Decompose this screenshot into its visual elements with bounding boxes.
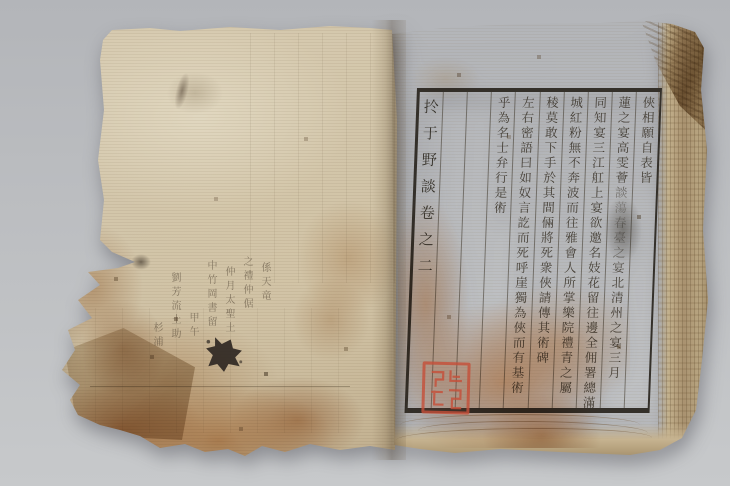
foxing-specks [388,16,390,18]
photo-of-old-book: 係天竜 之禮仲倨 仲月太聖土 中竹岡書留 甲午 劉芳流土助 杉浦 [0,0,730,486]
open-book: 係天竜 之禮仲倨 仲月太聖土 中竹岡書留 甲午 劉芳流土助 杉浦 [0,0,730,486]
foxing-specks [55,18,57,20]
right-page: 俠相願自表皆 蓮之宴高雯薈談蕩春臺之宴北清州之宴三月 同知宴三江舡上宴欲邀名妓花… [388,16,716,472]
gutter-shadow [372,20,406,460]
left-page: 係天竜 之禮仲倨 仲月太聖土 中竹岡書留 甲午 劉芳流土助 杉浦 [55,18,400,468]
edge-shading [55,18,400,468]
edge-shading [388,16,716,472]
